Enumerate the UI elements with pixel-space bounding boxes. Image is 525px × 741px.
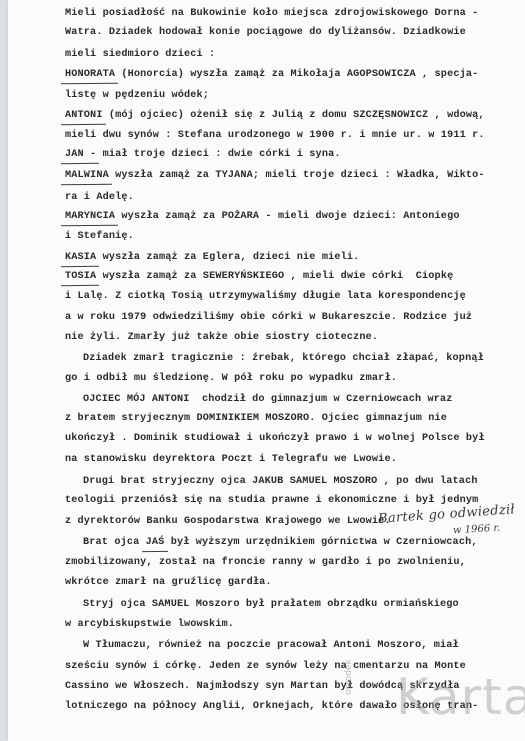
underlined-name: JAŚ — [146, 537, 165, 549]
text-line: TOSIA wyszła zamąż za SEWERYŃSKIEGO , mi… — [65, 271, 453, 283]
text-line: go i odbił mu śledzionę. W pół roku po w… — [65, 373, 397, 385]
text-line: OJCIEC MÓJ ANTONI chodził do gimnazjum w… — [83, 394, 453, 406]
watermark-logo: Karta — [396, 672, 525, 722]
text-line: MARYNCIA wyszła zamąż za POŻARA - mieli … — [65, 211, 460, 223]
text-line: mieli dwu synów : Stefana urodzonego w 1… — [65, 130, 485, 142]
text-line: a w roku 1979 odwiedziliśmy obie córki w… — [65, 312, 472, 324]
text-line: Mieli posiadłość na Bukowinie koło miejs… — [65, 8, 478, 20]
text-line: nie żyli. Zmarły już także obie siostry … — [65, 332, 378, 344]
underlined-name: MARYNCIA — [65, 211, 115, 223]
text-line: listę w pędzeniu wódek; — [65, 90, 209, 102]
text-line: zmobilizowany, został na froncie ranny w… — [65, 557, 466, 569]
text-line: w arcybiskupstwie lwowskim. — [65, 619, 234, 631]
underlined-name: TOSIA — [65, 271, 96, 283]
text-line: ukończył . Dominik studiował i ukończył … — [65, 433, 485, 445]
text-line: wkrótce zmarł na gruźlicę gardła. — [65, 577, 272, 589]
underlined-name: JAN - — [65, 149, 96, 161]
underlined-name: MALWINA — [65, 170, 109, 182]
text-line: Dziadek zmarł tragicznie : źrebak, które… — [83, 353, 484, 365]
text-line: HONORATA (Honorcia) wyszła zamąż za Miko… — [65, 69, 478, 81]
text-line: ANTONI (mój ojciec) ożenił się z Julią z… — [65, 110, 485, 122]
text-line: na stanowisku deyrektora Poczt i Telegra… — [65, 454, 397, 466]
text-line: Watra. Dziadek hodował konie pociągowe d… — [65, 27, 466, 39]
text-line: ra i Adelę. — [65, 192, 134, 204]
text-line: teologii przeniósł się na studia prawne … — [65, 495, 478, 507]
text-line: MALWINA wyszła zamąż za TYJANA; mieli tr… — [65, 170, 485, 182]
text-line: i Stefanię. — [65, 231, 134, 243]
underlined-name: ANTONI — [65, 110, 103, 122]
text-line: i Lalę. Z ciotką Tosią utrzymywaliśmy dł… — [65, 291, 466, 303]
text-line: z dyrektorów Banku Gospodarstwa Krajoweg… — [65, 516, 391, 528]
text-line: Drugi brat stryjeczny ojca JAKUB SAMUEL … — [83, 476, 478, 488]
text-line: KASIA wyszła zamąż za Eglera, dzieci nie… — [65, 252, 359, 264]
text-line: mieli siedmioro dzieci : — [65, 49, 215, 61]
underlined-name: HONORATA — [65, 69, 115, 81]
typewritten-page: Mieli posiadłość na Bukowinie koło miejs… — [8, 0, 525, 741]
text-line: Brat ojca JAŚ był wyższym urzędnikiem gó… — [83, 537, 478, 549]
text-line: W Tłumaczu, również na poczcie pracował … — [83, 640, 459, 652]
underlined-name: KASIA — [65, 252, 96, 264]
text-line: Stryj ojca SAMUEL Moszoro był prałatem o… — [83, 599, 459, 611]
handwritten-note-line2: w 1966 r. — [453, 523, 501, 536]
text-line: z bratem stryjecznym DOMINIKIEM MOSZORO.… — [65, 413, 447, 425]
watermark-vertical-label: ośrodek — [344, 659, 354, 695]
text-line: JAN - miał troje dzieci : dwie córki i s… — [65, 149, 341, 161]
